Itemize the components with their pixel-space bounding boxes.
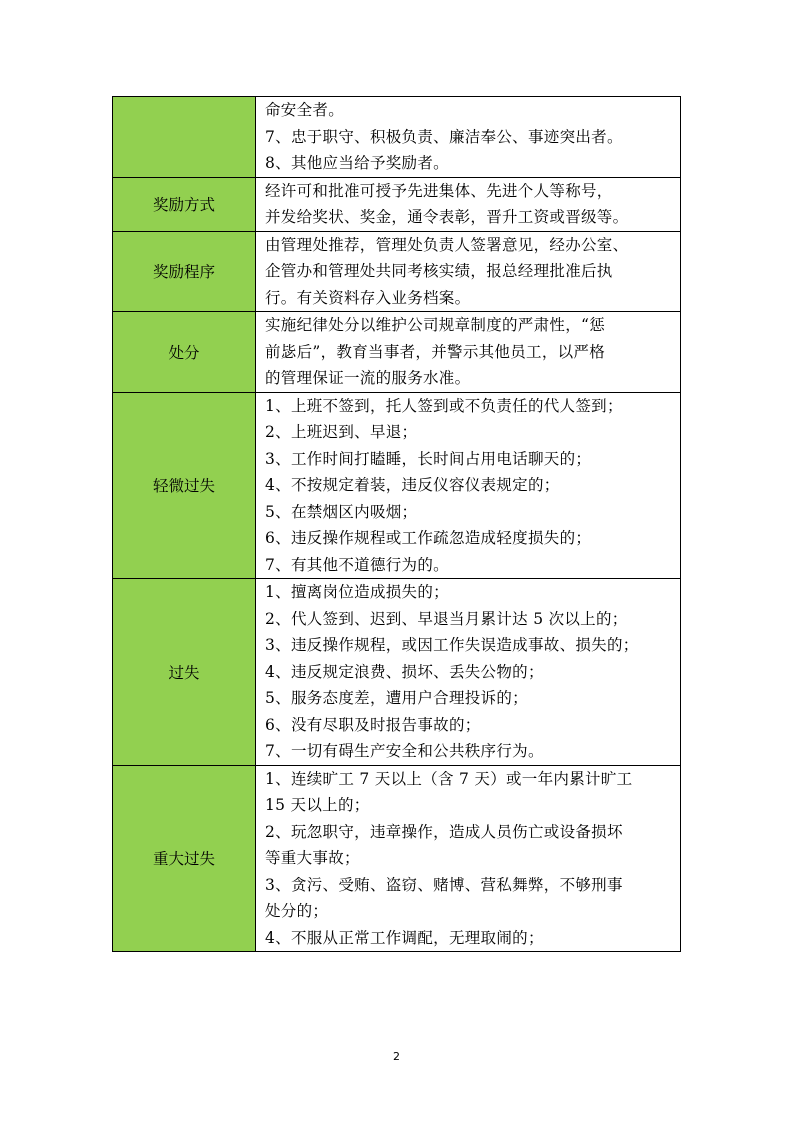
row-content: 1、擅离岗位造成损失的；2、代人签到、迟到、早退当月累计达 5 次以上的；3、违…: [256, 579, 681, 766]
row-content: 实施纪律处分以维护公司规章制度的严肃性，“惩前毖后”，教育当事者，并警示其他员工…: [256, 312, 681, 393]
content-line: 2、上班迟到、早退；: [265, 419, 680, 446]
content-line: 1、上班不签到，托人签到或不负责任的代人签到；: [265, 393, 680, 420]
content-line: 7、忠于职守、积极负责、廉洁奉公、事迹突出者。: [265, 124, 680, 151]
content-line: 4、不按规定着装，违反仪容仪表规定的；: [265, 472, 680, 499]
content-line: 15 天以上的；: [265, 792, 680, 819]
row-content: 1、连续旷工 7 天以上（含 7 天）或一年内累计旷工15 天以上的；2、玩忽职…: [256, 765, 681, 952]
content-line: 6、违反操作规程或工作疏忽造成轻度损失的；: [265, 525, 680, 552]
content-line: 2、代人签到、迟到、早退当月累计达 5 次以上的；: [265, 606, 680, 633]
content-line: 企管办和管理处共同考核实绩，报总经理批准后执: [265, 258, 680, 285]
content-line: 5、服务态度差，遭用户合理投诉的；: [265, 685, 680, 712]
table-row: 命安全者。7、忠于职守、积极负责、廉洁奉公、事迹突出者。8、其他应当给予奖励者。: [113, 97, 681, 178]
table-row: 重大过失1、连续旷工 7 天以上（含 7 天）或一年内累计旷工15 天以上的；2…: [113, 765, 681, 952]
content-line: 行。有关资料存入业务档案。: [265, 285, 680, 312]
content-line: 处分的；: [265, 898, 680, 925]
content-line: 5、在禁烟区内吸烟；: [265, 499, 680, 526]
content-line: 前毖后”，教育当事者，并警示其他员工，以严格: [265, 339, 680, 366]
content-line: 实施纪律处分以维护公司规章制度的严肃性，“惩: [265, 312, 680, 339]
row-label: 重大过失: [113, 765, 256, 952]
content-line: 并发给奖状、奖金，通令表彰，晋升工资或晋级等。: [265, 204, 680, 231]
content-line: 1、连续旷工 7 天以上（含 7 天）或一年内累计旷工: [265, 766, 680, 793]
table-row: 过失1、擅离岗位造成损失的；2、代人签到、迟到、早退当月累计达 5 次以上的；3…: [113, 579, 681, 766]
table-row: 轻微过失1、上班不签到，托人签到或不负责任的代人签到；2、上班迟到、早退；3、工…: [113, 392, 681, 579]
content-line: 3、贪污、受贿、盗窃、赌博、营私舞弊，不够刑事: [265, 872, 680, 899]
row-label: 过失: [113, 579, 256, 766]
row-label: 奖励程序: [113, 231, 256, 312]
content-line: 3、工作时间打瞌睡，长时间占用电话聊天的；: [265, 446, 680, 473]
content-line: 经许可和批准可授予先进集体、先进个人等称号，: [265, 178, 680, 205]
page-number: 2: [0, 1050, 793, 1063]
content-line: 由管理处推荐，管理处负责人签署意见，经办公室、: [265, 232, 680, 259]
content-line: 等重大事故；: [265, 845, 680, 872]
row-label: 轻微过失: [113, 392, 256, 579]
row-label: 处分: [113, 312, 256, 393]
content-line: 命安全者。: [265, 97, 680, 124]
content-line: 2、玩忽职守，违章操作，造成人员伤亡或设备损坏: [265, 819, 680, 846]
row-content: 由管理处推荐，管理处负责人签署意见，经办公室、企管办和管理处共同考核实绩，报总经…: [256, 231, 681, 312]
content-line: 7、一切有碍生产安全和公共秩序行为。: [265, 738, 680, 765]
content-line: 4、不服从正常工作调配，无理取闹的；: [265, 925, 680, 952]
content-line: 4、违反规定浪费、损坏、丢失公物的；: [265, 659, 680, 686]
table-row: 处分实施纪律处分以维护公司规章制度的严肃性，“惩前毖后”，教育当事者，并警示其他…: [113, 312, 681, 393]
content-line: 6、没有尽职及时报告事故的；: [265, 712, 680, 739]
content-line: 8、其他应当给予奖励者。: [265, 150, 680, 177]
row-label: [113, 97, 256, 178]
content-line: 1、擅离岗位造成损失的；: [265, 579, 680, 606]
content-line: 7、有其他不道德行为的。: [265, 552, 680, 579]
content-line: 3、违反操作规程，或因工作失误造成事故、损失的；: [265, 632, 680, 659]
row-label: 奖励方式: [113, 177, 256, 231]
row-content: 经许可和批准可授予先进集体、先进个人等称号，并发给奖状、奖金，通令表彰，晋升工资…: [256, 177, 681, 231]
rules-table: 命安全者。7、忠于职守、积极负责、廉洁奉公、事迹突出者。8、其他应当给予奖励者。…: [112, 96, 681, 952]
row-content: 1、上班不签到，托人签到或不负责任的代人签到；2、上班迟到、早退；3、工作时间打…: [256, 392, 681, 579]
table-row: 奖励方式经许可和批准可授予先进集体、先进个人等称号，并发给奖状、奖金，通令表彰，…: [113, 177, 681, 231]
content-line: 的管理保证一流的服务水准。: [265, 365, 680, 392]
table-row: 奖励程序由管理处推荐，管理处负责人签署意见，经办公室、企管办和管理处共同考核实绩…: [113, 231, 681, 312]
row-content: 命安全者。7、忠于职守、积极负责、廉洁奉公、事迹突出者。8、其他应当给予奖励者。: [256, 97, 681, 178]
